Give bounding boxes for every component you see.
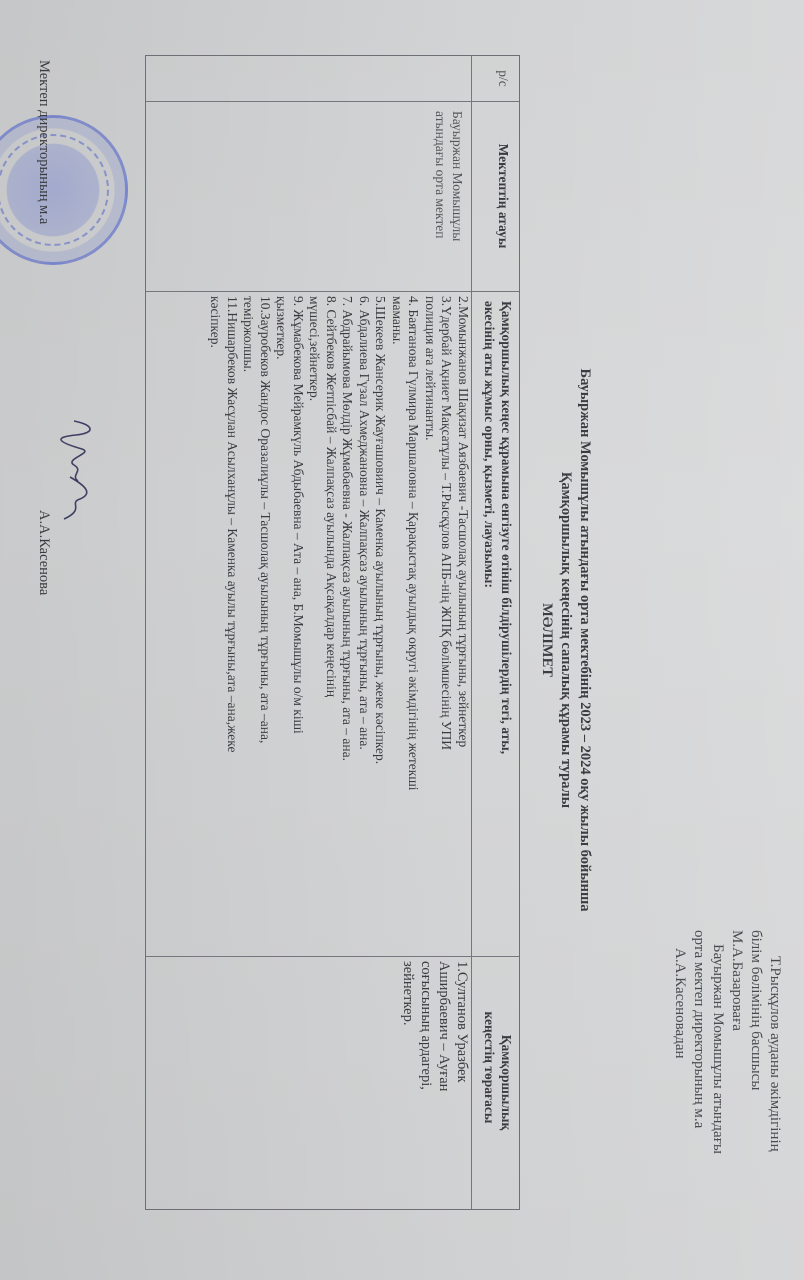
chair-line: зейнеткер. [399, 961, 417, 1206]
column-divider [146, 101, 519, 102]
school-name-line: Бауыржан Момышұлы [449, 111, 466, 291]
member-line: 4. Баятанова Гүлмира Маршаловна – Қарақы… [405, 296, 422, 951]
header-number: р/с [495, 56, 512, 101]
row-members-list: 2.Момынжанов Шақизат Аязбаевич -Тасшолақ… [207, 296, 471, 951]
chair-line: соғысының ардагері, [417, 961, 435, 1206]
member-line: 3.Үдербай Ақниет Мақсатұлы – Т.Рысқұлов … [438, 296, 455, 951]
row-school-name: Бауыржан Момышұлы атындағы орта мектеп [432, 111, 466, 291]
title-line-3: МӘЛІМЕТ [537, 270, 556, 1010]
council-table: р/с Мектептің атауы Қамқоршылық кеңес құ… [145, 55, 520, 1210]
chair-line: 1.Султанов Уразбек [453, 961, 471, 1206]
addressee-line: орта мектеп директорының м.а [689, 930, 708, 1270]
title-line-2: Қамқоршылық кеңесінің сапалық құрамы тур… [556, 270, 575, 1010]
stamp-inner-ring [0, 134, 109, 246]
chair-line: Аширбаевич – Ауған [435, 961, 453, 1206]
addressee-line: Т.Рысқұлов ауданы әкімдігінің [765, 930, 784, 1270]
column-divider [146, 291, 519, 292]
header-applicants-line: әкесінің аты жұмыс орны, қызметі, лауазы… [481, 301, 498, 956]
document-title: Бауыржан Момышұлы атындағы орта мектебін… [537, 270, 594, 1010]
member-line: теміржолшы. [240, 296, 257, 951]
addressee-block: Т.Рысқұлов ауданы әкімдігінің білім бөлі… [670, 930, 784, 1270]
addressee-line: М.А.Базароваға [727, 930, 746, 1270]
member-line: полиция аға лейтинанты. [422, 296, 439, 951]
member-line: кәсіпкер. [207, 296, 224, 951]
addressee-line: білім бөлімінің басшысы [746, 930, 765, 1270]
member-line: маманы. [389, 296, 406, 951]
member-line: 7. Абдрайымова Мөлдір Жұмабаевна - Жалпа… [339, 296, 356, 951]
title-line-1: Бауыржан Момышұлы атындағы орта мектебін… [575, 270, 594, 1010]
row-chair: 1.Султанов УразбекАширбаевич – Ауғансоғы… [399, 961, 471, 1206]
member-line: 2.Момынжанов Шақизат Аязбаевич -Тасшолақ… [455, 296, 472, 951]
member-line: қызметкер. [273, 296, 290, 951]
signer-title: Мектеп директорының м.а [35, 60, 52, 224]
member-line: 5.Шекеев Жансерик Жауғашовиич – Каменка … [372, 296, 389, 951]
addressee-line: А.А.Касеновадан [670, 930, 689, 1270]
document-page: Т.Рысқұлов ауданы әкімдігінің білім бөлі… [0, 0, 804, 1280]
member-line: 8. Сейтбеков Жетпісбай – Жалпақсаз ауылы… [323, 296, 340, 951]
member-line: 10.Зауробеков Жандос Оразалиұлы – Тасшол… [257, 296, 274, 951]
header-school-name: Мектептің атауы [495, 101, 512, 291]
header-chair-line: Қамқоршылық [498, 956, 515, 1209]
header-applicants: Қамқоршылық кеңес құрамына енгізуге өтін… [481, 291, 514, 956]
official-stamp [0, 115, 128, 265]
member-line: 6. Абдалиева Гүзал Ахмеджановна – Жалпақ… [356, 296, 373, 951]
addressee-line: Бауыржан Момышұлы атындағы [708, 930, 727, 1270]
member-line: 9. Жұмабекова Мейрамкүль Абдыбаевна – Ат… [290, 296, 307, 951]
member-line: мүшесі,зейнеткер. [306, 296, 323, 951]
column-divider [146, 956, 519, 957]
header-divider [471, 56, 472, 1209]
header-chair-line: кеңестің төрағасы [481, 956, 498, 1209]
header-applicants-line: Қамқоршылық кеңес құрамына енгізуге өтін… [498, 301, 515, 956]
signer-name: А.А.Касенова [35, 510, 52, 595]
header-chair: Қамқоршылық кеңестің төрағасы [481, 956, 514, 1209]
school-name-line: атындағы орта мектеп [432, 111, 449, 291]
member-line: 11.Нишарбеков Жасұлан Асылханұлы – Камен… [224, 296, 241, 951]
signature-icon [44, 415, 104, 525]
